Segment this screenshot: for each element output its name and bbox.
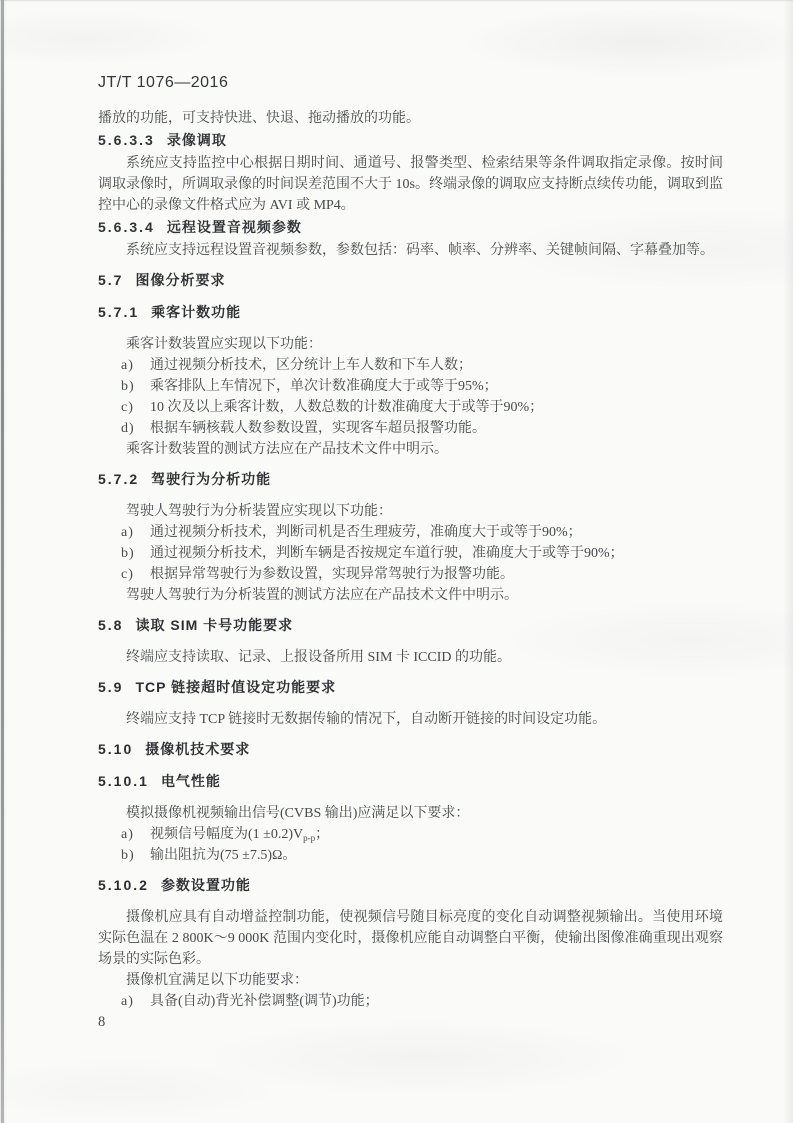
- list-item-text: 根据车辆核载人数参数设置，实现客车超员报警功能。: [150, 421, 486, 436]
- list-item-label: b): [121, 845, 150, 866]
- paragraph: 终端应支持 TCP 链接时无数据传输的情况下，自动断开链接的时间设定功能。: [98, 709, 723, 730]
- list-item-b: b)通过视频分析技术，判断车辆是否按规定车道行驶，准确度大于或等于90%；: [98, 543, 723, 564]
- clause-number: 5.10: [98, 741, 133, 757]
- list-item-label: a): [121, 355, 150, 376]
- clause-heading-5.9: 5.9TCP 链接超时值设定功能要求: [98, 677, 723, 698]
- list-item-a: a)视频信号幅度为(1 ±0.2)Vp-p；: [98, 824, 723, 845]
- clause-title: 摄像机技术要求: [145, 741, 250, 757]
- clause-heading-5.8: 5.8读取 SIM 卡号功能要求: [98, 615, 723, 636]
- clause-number: 5.7: [98, 272, 123, 288]
- list-item-d: d)根据车辆核载人数参数设置，实现客车超员报警功能。: [98, 418, 723, 439]
- list-item-a: a)具备(自动)背光补偿调整(调节)功能；: [98, 991, 723, 1012]
- clause-heading-5.10.1: 5.10.1电气性能: [98, 771, 723, 792]
- clause-number: 5.6.3.3: [98, 132, 155, 148]
- list-item-text: 乘客排队上车情况下，单次计数准确度大于或等于95%；: [150, 379, 498, 394]
- list-item-a: a)通过视频分析技术，区分统计上车人数和下车人数；: [98, 355, 723, 376]
- paragraph: 模拟摄像机视频输出信号(CVBS 输出)应满足以下要求：: [98, 803, 723, 824]
- list-item-label: a): [121, 824, 150, 845]
- paragraph: 系统应支持远程设置音视频参数，参数包括：码率、帧率、分辨率、关键帧间隔、字幕叠加…: [98, 240, 723, 261]
- clause-title: 录像调取: [167, 132, 227, 148]
- scanned-standard-page: JT/T 1076—2016 播放的功能，可支持快进、快退、拖动播放的功能。5.…: [0, 0, 793, 1123]
- list-item-text: 10 次及以上乘客计数，人数总数的计数准确度大于或等于90%；: [150, 400, 543, 415]
- list-item-text: 根据异常驾驶行为参数设置，实现异常驾驶行为报警功能。: [150, 567, 514, 582]
- list-item-b: b)乘客排队上车情况下，单次计数准确度大于或等于95%；: [98, 376, 723, 397]
- scan-edge-shadow: [1, 0, 4, 1123]
- clause-title: 图像分析要求: [135, 272, 225, 288]
- paragraph: 摄像机应具有自动增益控制功能，使视频信号随目标亮度的变化自动调整视频输出。当使用…: [98, 907, 723, 970]
- list-item-b: b)输出阻抗为(75 ±7.5)Ω。: [98, 845, 723, 866]
- clause-title: TCP 链接超时值设定功能要求: [135, 679, 336, 695]
- list-item-text: 具备(自动)背光补偿调整(调节)功能；: [150, 994, 379, 1009]
- clause-heading-5.10.2: 5.10.2参数设置功能: [98, 875, 723, 896]
- document-blocks: 播放的功能，可支持快进、快退、拖动播放的功能。5.6.3.3录像调取系统应支持监…: [98, 108, 723, 1012]
- subscript-text: p-p: [303, 833, 315, 843]
- text-run: 视频信号幅度为(1 ±0.2)V: [150, 827, 303, 842]
- list-item-text: 视频信号幅度为(1 ±0.2)Vp-p；: [150, 827, 329, 842]
- paragraph: 系统应支持监控中心根据日期时间、通道号、报警类型、检索结果等条件调取指定录像。按…: [98, 153, 723, 216]
- list-item-label: c): [121, 397, 150, 418]
- paragraph: 乘客计数装置应实现以下功能：: [98, 334, 723, 355]
- paragraph: 终端应支持读取、记录、上报设备所用 SIM 卡 ICCID 的功能。: [98, 647, 723, 668]
- paragraph: 驾驶人驾驶行为分析装置应实现以下功能：: [98, 501, 723, 522]
- clause-title: 乘客计数功能: [151, 304, 241, 320]
- clause-heading-5.7.1: 5.7.1乘客计数功能: [98, 302, 723, 323]
- clause-heading-5.6.3.4: 5.6.3.4远程设置音视频参数: [98, 217, 723, 238]
- clause-number: 5.7.2: [98, 471, 139, 487]
- list-item-text: 输出阻抗为(75 ±7.5)Ω。: [150, 848, 296, 863]
- clause-number: 5.10.2: [98, 877, 149, 893]
- list-item-text: 通过视频分析技术，区分统计上车人数和下车人数；: [150, 358, 472, 373]
- page-content-column: JT/T 1076—2016 播放的功能，可支持快进、快退、拖动播放的功能。5.…: [98, 0, 723, 1033]
- list-item-c: c)10 次及以上乘客计数，人数总数的计数准确度大于或等于90%；: [98, 397, 723, 418]
- clause-number: 5.7.1: [98, 304, 139, 320]
- clause-title: 驾驶行为分析功能: [151, 471, 271, 487]
- clause-title: 远程设置音视频参数: [167, 219, 302, 235]
- clause-title: 参数设置功能: [161, 877, 251, 893]
- standard-number: JT/T 1076—2016: [98, 73, 723, 93]
- clause-title: 读取 SIM 卡号功能要求: [135, 617, 293, 633]
- paragraph: 摄像机宜满足以下功能要求：: [98, 970, 723, 991]
- clause-number: 5.9: [98, 679, 123, 695]
- list-item-label: a): [121, 522, 150, 543]
- list-item-label: b): [121, 376, 150, 397]
- list-item-a: a)通过视频分析技术，判断司机是否生理疲劳，准确度大于或等于90%；: [98, 522, 723, 543]
- clause-number: 5.6.3.4: [98, 219, 155, 235]
- list-item-text: 通过视频分析技术，判断车辆是否按规定车道行驶，准确度大于或等于90%；: [150, 546, 624, 561]
- clause-title: 电气性能: [161, 773, 221, 789]
- clause-number: 5.8: [98, 617, 123, 633]
- list-item-label: d): [121, 418, 150, 439]
- list-item-c: c)根据异常驾驶行为参数设置，实现异常驾驶行为报警功能。: [98, 564, 723, 585]
- clause-heading-5.6.3.3: 5.6.3.3录像调取: [98, 130, 723, 151]
- list-item-label: b): [121, 543, 150, 564]
- clause-heading-5.10: 5.10摄像机技术要求: [98, 739, 723, 760]
- list-item-label: c): [121, 564, 150, 585]
- page-number: 8: [98, 1012, 723, 1033]
- text-run: ；: [315, 827, 329, 842]
- list-item-label: a): [121, 991, 150, 1012]
- list-item-text: 通过视频分析技术，判断司机是否生理疲劳，准确度大于或等于90%；: [150, 525, 582, 540]
- paragraph: 乘客计数装置的测试方法应在产品技术文件中明示。: [98, 439, 723, 460]
- paragraph: 驾驶人驾驶行为分析装置的测试方法应在产品技术文件中明示。: [98, 585, 723, 606]
- clause-heading-5.7: 5.7图像分析要求: [98, 270, 723, 291]
- clause-heading-5.7.2: 5.7.2驾驶行为分析功能: [98, 469, 723, 490]
- clause-number: 5.10.1: [98, 773, 149, 789]
- paragraph-continuation: 播放的功能，可支持快进、快退、拖动播放的功能。: [98, 108, 723, 129]
